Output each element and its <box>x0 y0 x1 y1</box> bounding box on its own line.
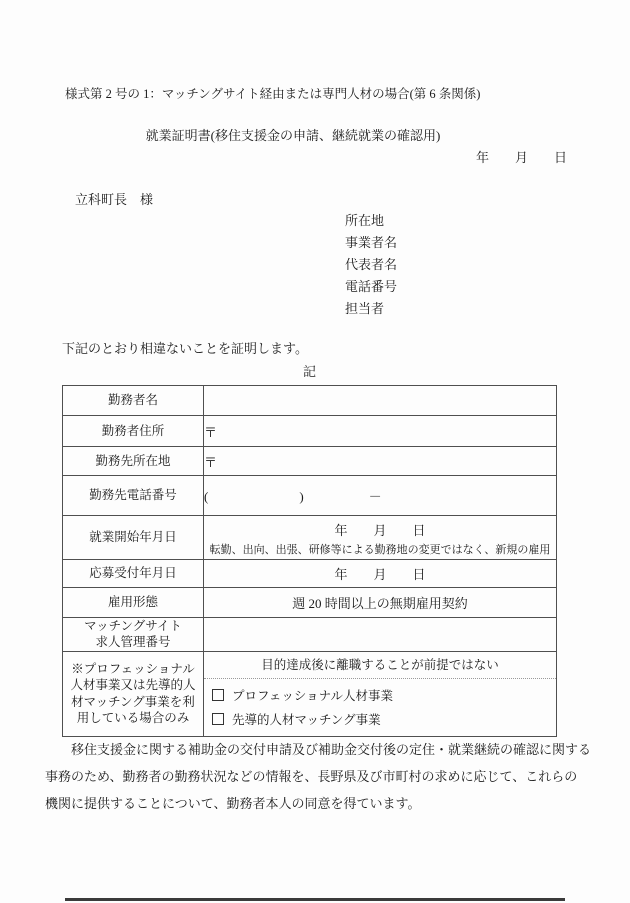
table-row-worker-name: 勤務者名 <box>63 386 557 416</box>
sender-block: 所在地 事業者名 代表者名 電話番号 担当者 <box>345 210 397 320</box>
document-page: 様式第 2 号の 1：マッチングサイト経由または専門人材の場合(第 6 条関係)… <box>0 0 630 903</box>
table-row-workplace-address: 勤務先所在地 〒 <box>63 447 557 476</box>
table-row-employment-start-date: 就業開始年月日 年 月 日 転勤、出向、出張、研修等による勤務地の変更ではなく、… <box>63 516 557 560</box>
program-checkbox-list: プロフェッショナル人材事業 先導的人材マッチング事業 <box>204 679 556 736</box>
row-label: 勤務者名 <box>63 386 204 416</box>
row-value: 目的達成後に離職することが前提ではない プロフェッショナル人材事業 先導的人材マ… <box>204 651 557 736</box>
new-employment-note: 転勤、出向、出張、研修等による勤務地の変更ではなく、新規の雇用 <box>204 542 556 559</box>
table-row-worker-address: 勤務者住所 〒 <box>63 416 557 447</box>
table-row-workplace-phone: 勤務先電話番号 ( ) － <box>63 476 557 516</box>
checkbox-item-professional[interactable]: プロフェッショナル人材事業 <box>212 684 556 708</box>
row-value-blank[interactable] <box>204 618 557 652</box>
checkbox-icon[interactable] <box>212 689 224 701</box>
date-blank-line: 年 月 日 <box>476 147 567 166</box>
next-section-border <box>65 898 565 901</box>
table-row-employment-type: 雇用形態 週 20 時間以上の無期雇用契約 <box>63 588 557 618</box>
sender-field-business-name: 事業者名 <box>345 232 397 254</box>
certify-statement: 下記のとおり相違ないことを証明します。 <box>62 338 308 357</box>
checkbox-label: 先導的人材マッチング事業 <box>232 713 381 727</box>
consent-line: 機関に提供することについて、勤務者本人の同意を得ています。 <box>45 790 590 817</box>
row-label: マッチングサイト 求人管理番号 <box>63 618 204 652</box>
sender-field-representative: 代表者名 <box>345 254 397 276</box>
postal-mark-field[interactable]: 〒 <box>204 447 557 476</box>
employment-type-value: 週 20 時間以上の無期雇用契約 <box>204 588 557 618</box>
table-row-application-date: 応募受付年月日 年 月 日 <box>63 560 557 588</box>
page-title: 就業証明書(移住支援金の申請、継続就業の確認用) <box>0 125 586 144</box>
form-number: 様式第 2 号の 1：マッチングサイト経由または専門人材の場合(第 6 条関係) <box>65 84 480 102</box>
row-label: 勤務先所在地 <box>63 447 204 476</box>
row-label: ※プロフェッショナル 人材事業又は先導的人 材マッチング事業を利 用している場合… <box>63 651 204 736</box>
addressee: 立科町長 様 <box>75 189 153 208</box>
checkbox-label: プロフェッショナル人材事業 <box>232 689 393 703</box>
row-value-blank[interactable] <box>204 386 557 416</box>
date-blank-field[interactable]: 年 月 日 <box>204 517 556 542</box>
sender-field-phone: 電話番号 <box>345 276 397 298</box>
table-row-matching-site-number: マッチングサイト 求人管理番号 <box>63 618 557 652</box>
row-label: 勤務者住所 <box>63 416 204 447</box>
sender-field-address: 所在地 <box>345 210 397 232</box>
ki-heading: 記 <box>62 361 557 380</box>
consent-line: 事務のため、勤務者の勤務状況などの情報を、長野県及び市町村の求めに応じて、これら… <box>45 763 590 790</box>
employment-certificate-table: 勤務者名 勤務者住所 〒 勤務先所在地 〒 勤務先電話番号 ( ) － 就業開始… <box>62 385 557 737</box>
sender-field-contact-person: 担当者 <box>345 298 397 320</box>
row-label: 雇用形態 <box>63 588 204 618</box>
table-row-professional-program: ※プロフェッショナル 人材事業又は先導的人 材マッチング事業を利 用している場合… <box>63 651 557 736</box>
phone-blank-field[interactable]: ( ) － <box>204 476 557 516</box>
checkbox-icon[interactable] <box>212 713 224 725</box>
checkbox-item-pioneering[interactable]: 先導的人材マッチング事業 <box>212 708 556 732</box>
row-label: 応募受付年月日 <box>63 560 204 588</box>
row-value: 年 月 日 転勤、出向、出張、研修等による勤務地の変更ではなく、新規の雇用 <box>204 516 557 560</box>
premise-statement: 目的達成後に離職することが前提ではない <box>204 652 556 679</box>
row-label: 勤務先電話番号 <box>63 476 204 516</box>
postal-mark-field[interactable]: 〒 <box>204 416 557 447</box>
date-blank-field[interactable]: 年 月 日 <box>204 560 557 588</box>
consent-line: 移住支援金に関する補助金の交付申請及び補助金交付後の定住・就業継続の確認に関する <box>45 736 590 763</box>
consent-paragraph: 移住支援金に関する補助金の交付申請及び補助金交付後の定住・就業継続の確認に関する… <box>45 736 590 817</box>
row-label: 就業開始年月日 <box>63 516 204 560</box>
